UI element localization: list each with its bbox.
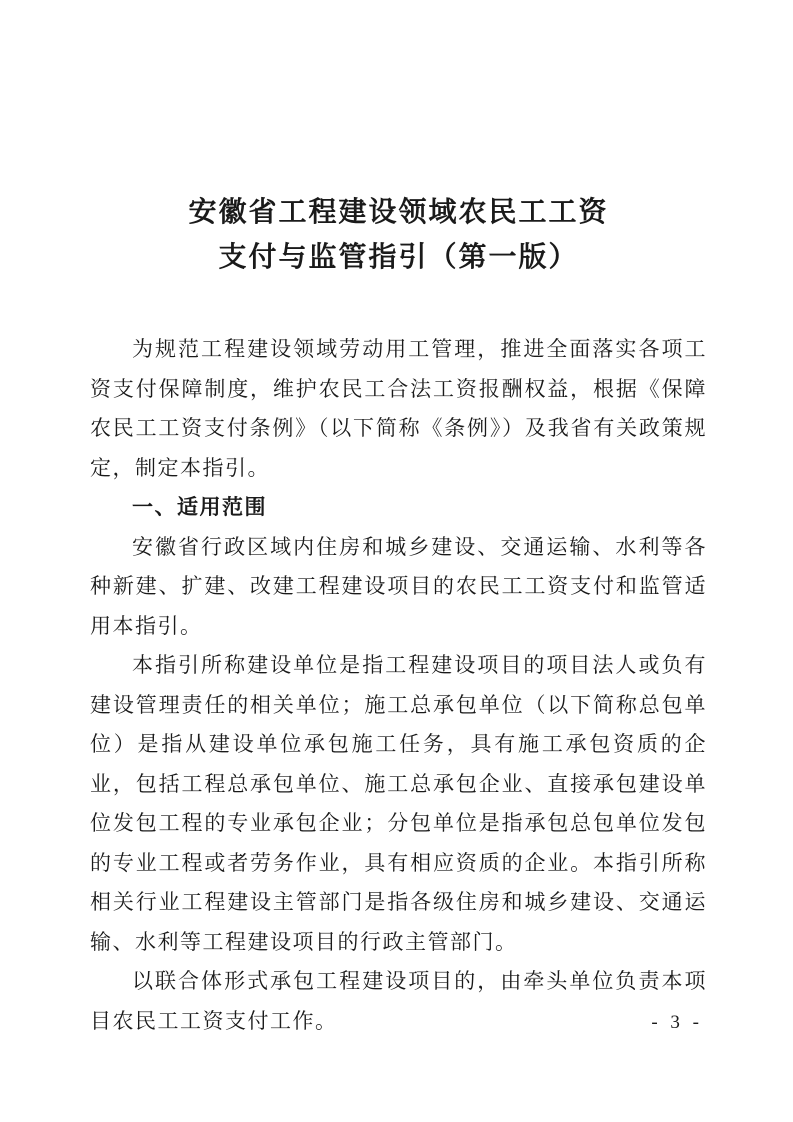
document-title-line-1: 安徽省工程建设领域农民工工资 (90, 190, 707, 235)
section-heading-applicable-scope: 一、适用范围 (90, 488, 707, 528)
page-number: - 3 - (651, 1012, 703, 1034)
document-body: 为规范工程建设领域劳动用工管理，推进全面落实各项工资支付保障制度，维护农民工合法… (90, 330, 707, 1041)
document-content: 安徽省工程建设领域农民工工资 支付与监管指引（第一版） 为规范工程建设领域劳动用… (0, 0, 793, 1041)
section-paragraph-2: 本指引所称建设单位是指工程建设项目的项目法人或负有建设管理责任的相关单位；施工总… (90, 646, 707, 962)
document-title: 安徽省工程建设领域农民工工资 支付与监管指引（第一版） (90, 190, 707, 280)
section-paragraph-1: 安徽省行政区域内住房和城乡建设、交通运输、水利等各种新建、扩建、改建工程建设项目… (90, 528, 707, 647)
document-page: 安徽省工程建设领域农民工工资 支付与监管指引（第一版） 为规范工程建设领域劳动用… (0, 0, 793, 1122)
intro-paragraph: 为规范工程建设领域劳动用工管理，推进全面落实各项工资支付保障制度，维护农民工合法… (90, 330, 707, 488)
document-title-line-2: 支付与监管指引（第一版） (90, 235, 707, 280)
section-paragraph-3: 以联合体形式承包工程建设项目的，由牵头单位负责本项目农民工工资支付工作。 (90, 962, 707, 1041)
